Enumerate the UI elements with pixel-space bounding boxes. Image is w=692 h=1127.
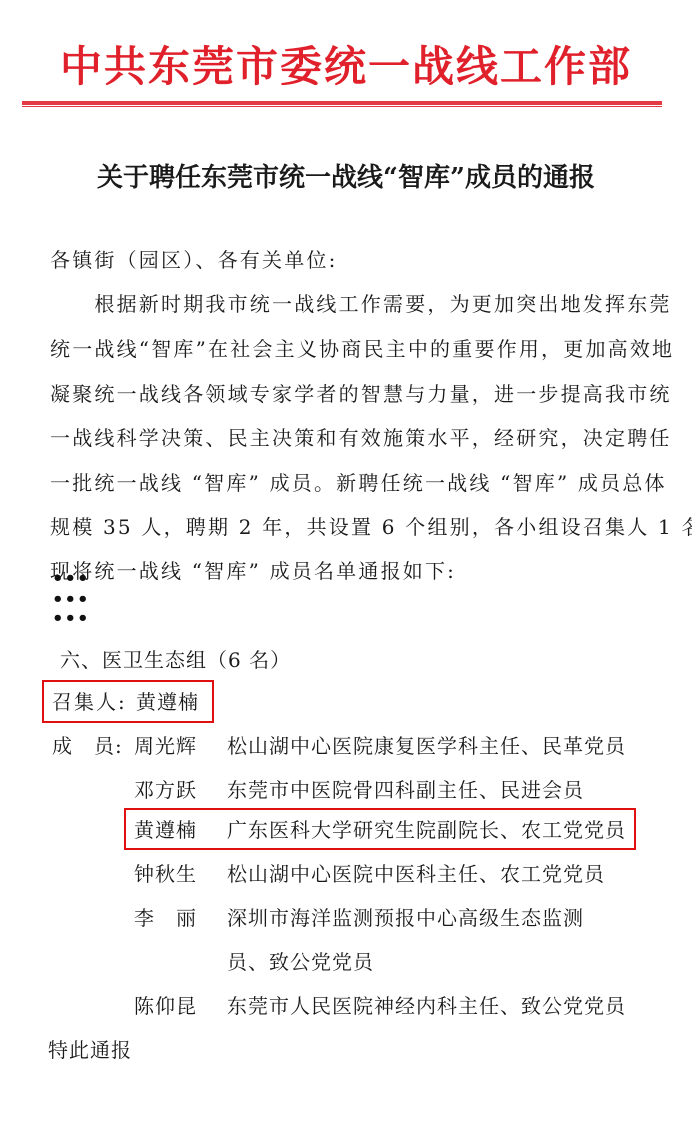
salutation: 各镇街（园区）、各有关单位: — [50, 246, 338, 274]
body-line: 统一战线“智库”在社会主义协商民主中的重要作用，更加高效地 — [50, 335, 674, 363]
convener-label: 召集人: — [52, 688, 127, 716]
masthead-organization: 中共东莞市委统一战线工作部 — [0, 42, 692, 92]
document-title: 关于聘任东莞市统一战线“智库”成员的通报 — [0, 160, 692, 196]
body-line: 凝聚统一战线各领域专家学者的智慧与力量，进一步提高我市统 — [50, 380, 672, 408]
group-heading: 六、医卫生态组（6 名） — [60, 646, 291, 674]
member-name: 黄遵楠 — [134, 816, 197, 844]
body-line: 现将统一战线 “智库” 成员名单通报如下: — [50, 557, 456, 585]
ellipsis-row: ••• — [52, 570, 90, 588]
closing-statement: 特此通报 — [48, 1036, 132, 1064]
member-name: 李 丽 — [134, 904, 197, 932]
ellipsis-row: ••• — [52, 591, 90, 609]
member-name: 邓方跃 — [134, 776, 197, 804]
member-description: 松山湖中心医院康复医学科主任、民革党员 — [227, 732, 626, 760]
member-description: 松山湖中心医院中医科主任、农工党党员 — [227, 860, 605, 888]
convener-name: 黄遵楠 — [136, 688, 199, 716]
member-description-continued: 员、致公党党员 — [227, 948, 374, 976]
member-description: 东莞市中医院骨四科副主任、民进会员 — [227, 776, 584, 804]
ellipsis-row: ••• — [52, 610, 90, 628]
member-name: 陈仰昆 — [134, 992, 197, 1020]
member-description: 深圳市海洋监测预报中心高级生态监测 — [227, 904, 584, 932]
member-description: 东莞市人民医院神经内科主任、致公党党员 — [227, 992, 626, 1020]
body-line: 根据新时期我市统一战线工作需要，为更加突出地发挥东莞 — [50, 290, 672, 318]
member-name: 钟秋生 — [134, 860, 197, 888]
member-name: 周光辉 — [134, 732, 197, 760]
member-description: 广东医科大学研究生院副院长、农工党党员 — [227, 816, 626, 844]
body-line: 规模 35 人，聘期 2 年，共设置 6 个组别，各小组设召集人 1 名。 — [50, 513, 692, 541]
body-line: 一批统一战线 “智库” 成员。新聘任统一战线 “智库” 成员总体 — [50, 469, 667, 497]
masthead-red-rule — [22, 101, 662, 107]
members-label: 成 员: — [52, 732, 123, 760]
body-line: 一战线科学决策、民主决策和有效施策水平，经研究，决定聘任 — [50, 424, 672, 452]
